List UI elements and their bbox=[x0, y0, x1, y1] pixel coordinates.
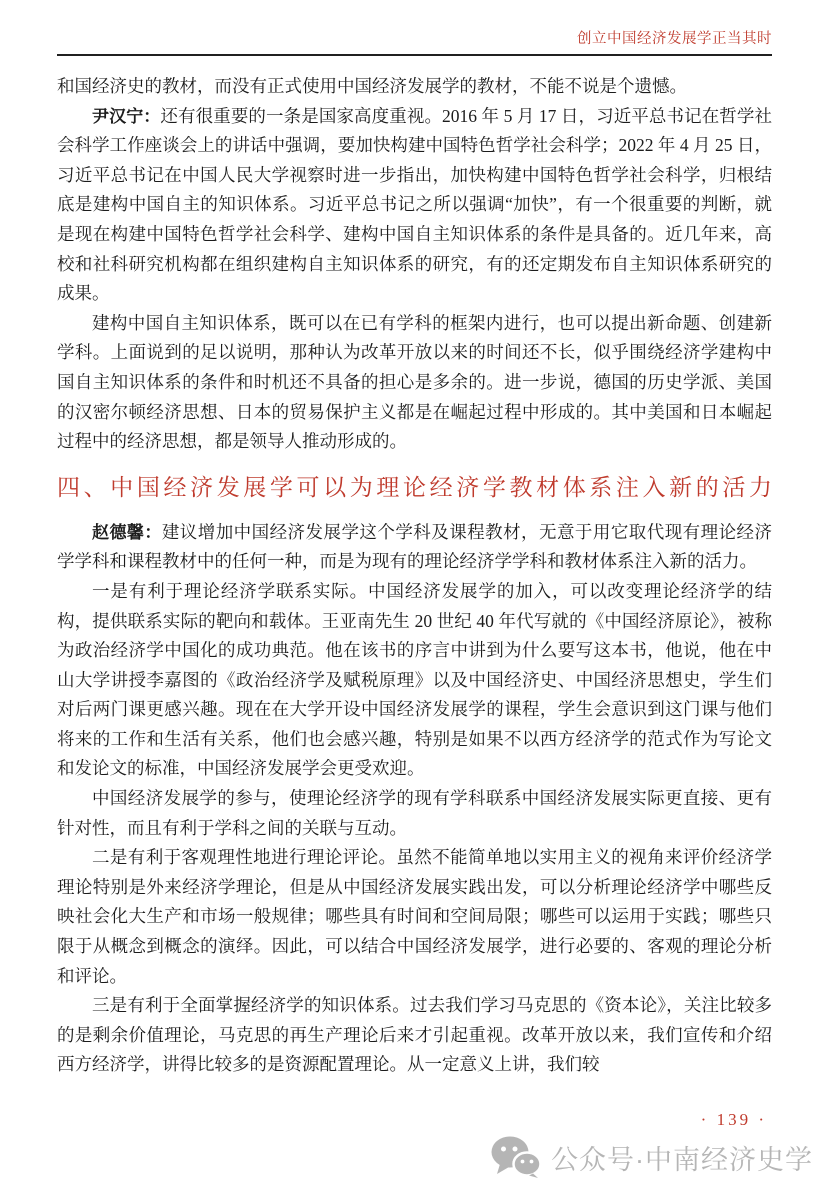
paragraph-speaker-yin: 尹汉宁：还有很重要的一条是国家高度重视。2016 年 5 月 17 日，习近平总… bbox=[57, 102, 772, 309]
paragraph-text: 建议增加中国经济发展学这个学科及课程教材，无意于用它取代现有理论经济学学科和课程… bbox=[57, 522, 772, 572]
paragraph-continuation: 和国经济史的教材，而没有正式使用中国经济发展学的教材，不能不说是个遗憾。 bbox=[57, 72, 772, 102]
page: 创立中国经济发展学正当其时 和国经济史的教材，而没有正式使用中国经济发展学的教材… bbox=[0, 0, 827, 1188]
section-heading: 四、中国经济发展学可以为理论经济学教材体系注入新的活力 bbox=[57, 471, 772, 505]
paragraph-text: 和国经济史的教材，而没有正式使用中国经济发展学的教材，不能不说是个遗憾。 bbox=[57, 76, 687, 96]
paragraph-text: 一是有利于理论经济学联系实际。中国经济发展学的加入，可以改变理论经济学的结构，提… bbox=[57, 581, 772, 779]
paragraph-text: 还有很重要的一条是国家高度重视。2016 年 5 月 17 日，习近平总书记在哲… bbox=[57, 106, 772, 304]
paragraph: 一是有利于理论经济学联系实际。中国经济发展学的加入，可以改变理论经济学的结构，提… bbox=[57, 577, 772, 784]
paragraph-text: 建构中国自主知识体系，既可以在已有学科的框架内进行，也可以提出新命题、创建新学科… bbox=[57, 313, 772, 451]
paragraph-text: 二是有利于客观理性地进行理论评论。虽然不能简单地以实用主义的视角来评价经济学理论… bbox=[57, 847, 772, 985]
footer-watermark: 公众号·中南经济史学 bbox=[491, 1136, 813, 1178]
running-title: 创立中国经济发展学正当其时 bbox=[577, 27, 772, 48]
paragraph: 建构中国自主知识体系，既可以在已有学科的框架内进行，也可以提出新命题、创建新学科… bbox=[57, 309, 772, 457]
paragraph: 中国经济发展学的参与，使理论经济学的现有学科联系中国经济发展实际更直接、更有针对… bbox=[57, 784, 772, 843]
speaker-name: 尹汉宁： bbox=[92, 107, 160, 126]
page-header: 创立中国经济发展学正当其时 bbox=[57, 0, 772, 56]
speaker-name: 赵德馨： bbox=[92, 523, 162, 542]
paragraph: 三是有利于全面掌握经济学的知识体系。过去我们学习马克思的《资本论》，关注比较多的… bbox=[57, 991, 772, 1080]
paragraph-speaker-zhao: 赵德馨：建议增加中国经济发展学这个学科及课程教材，无意于用它取代现有理论经济学学… bbox=[57, 518, 772, 577]
paragraph-text: 中国经济发展学的参与，使理论经济学的现有学科联系中国经济发展实际更直接、更有针对… bbox=[57, 788, 772, 838]
wechat-icon bbox=[491, 1136, 541, 1178]
watermark-text: 公众号·中南经济史学 bbox=[551, 1138, 813, 1177]
page-number: · 139 · bbox=[701, 1110, 767, 1130]
paragraph-text: 三是有利于全面掌握经济学的知识体系。过去我们学习马克思的《资本论》，关注比较多的… bbox=[57, 995, 772, 1074]
paragraph: 二是有利于客观理性地进行理论评论。虽然不能简单地以实用主义的视角来评价经济学理论… bbox=[57, 843, 772, 991]
page-body: 和国经济史的教材，而没有正式使用中国经济发展学的教材，不能不说是个遗憾。 尹汉宁… bbox=[57, 72, 772, 1080]
